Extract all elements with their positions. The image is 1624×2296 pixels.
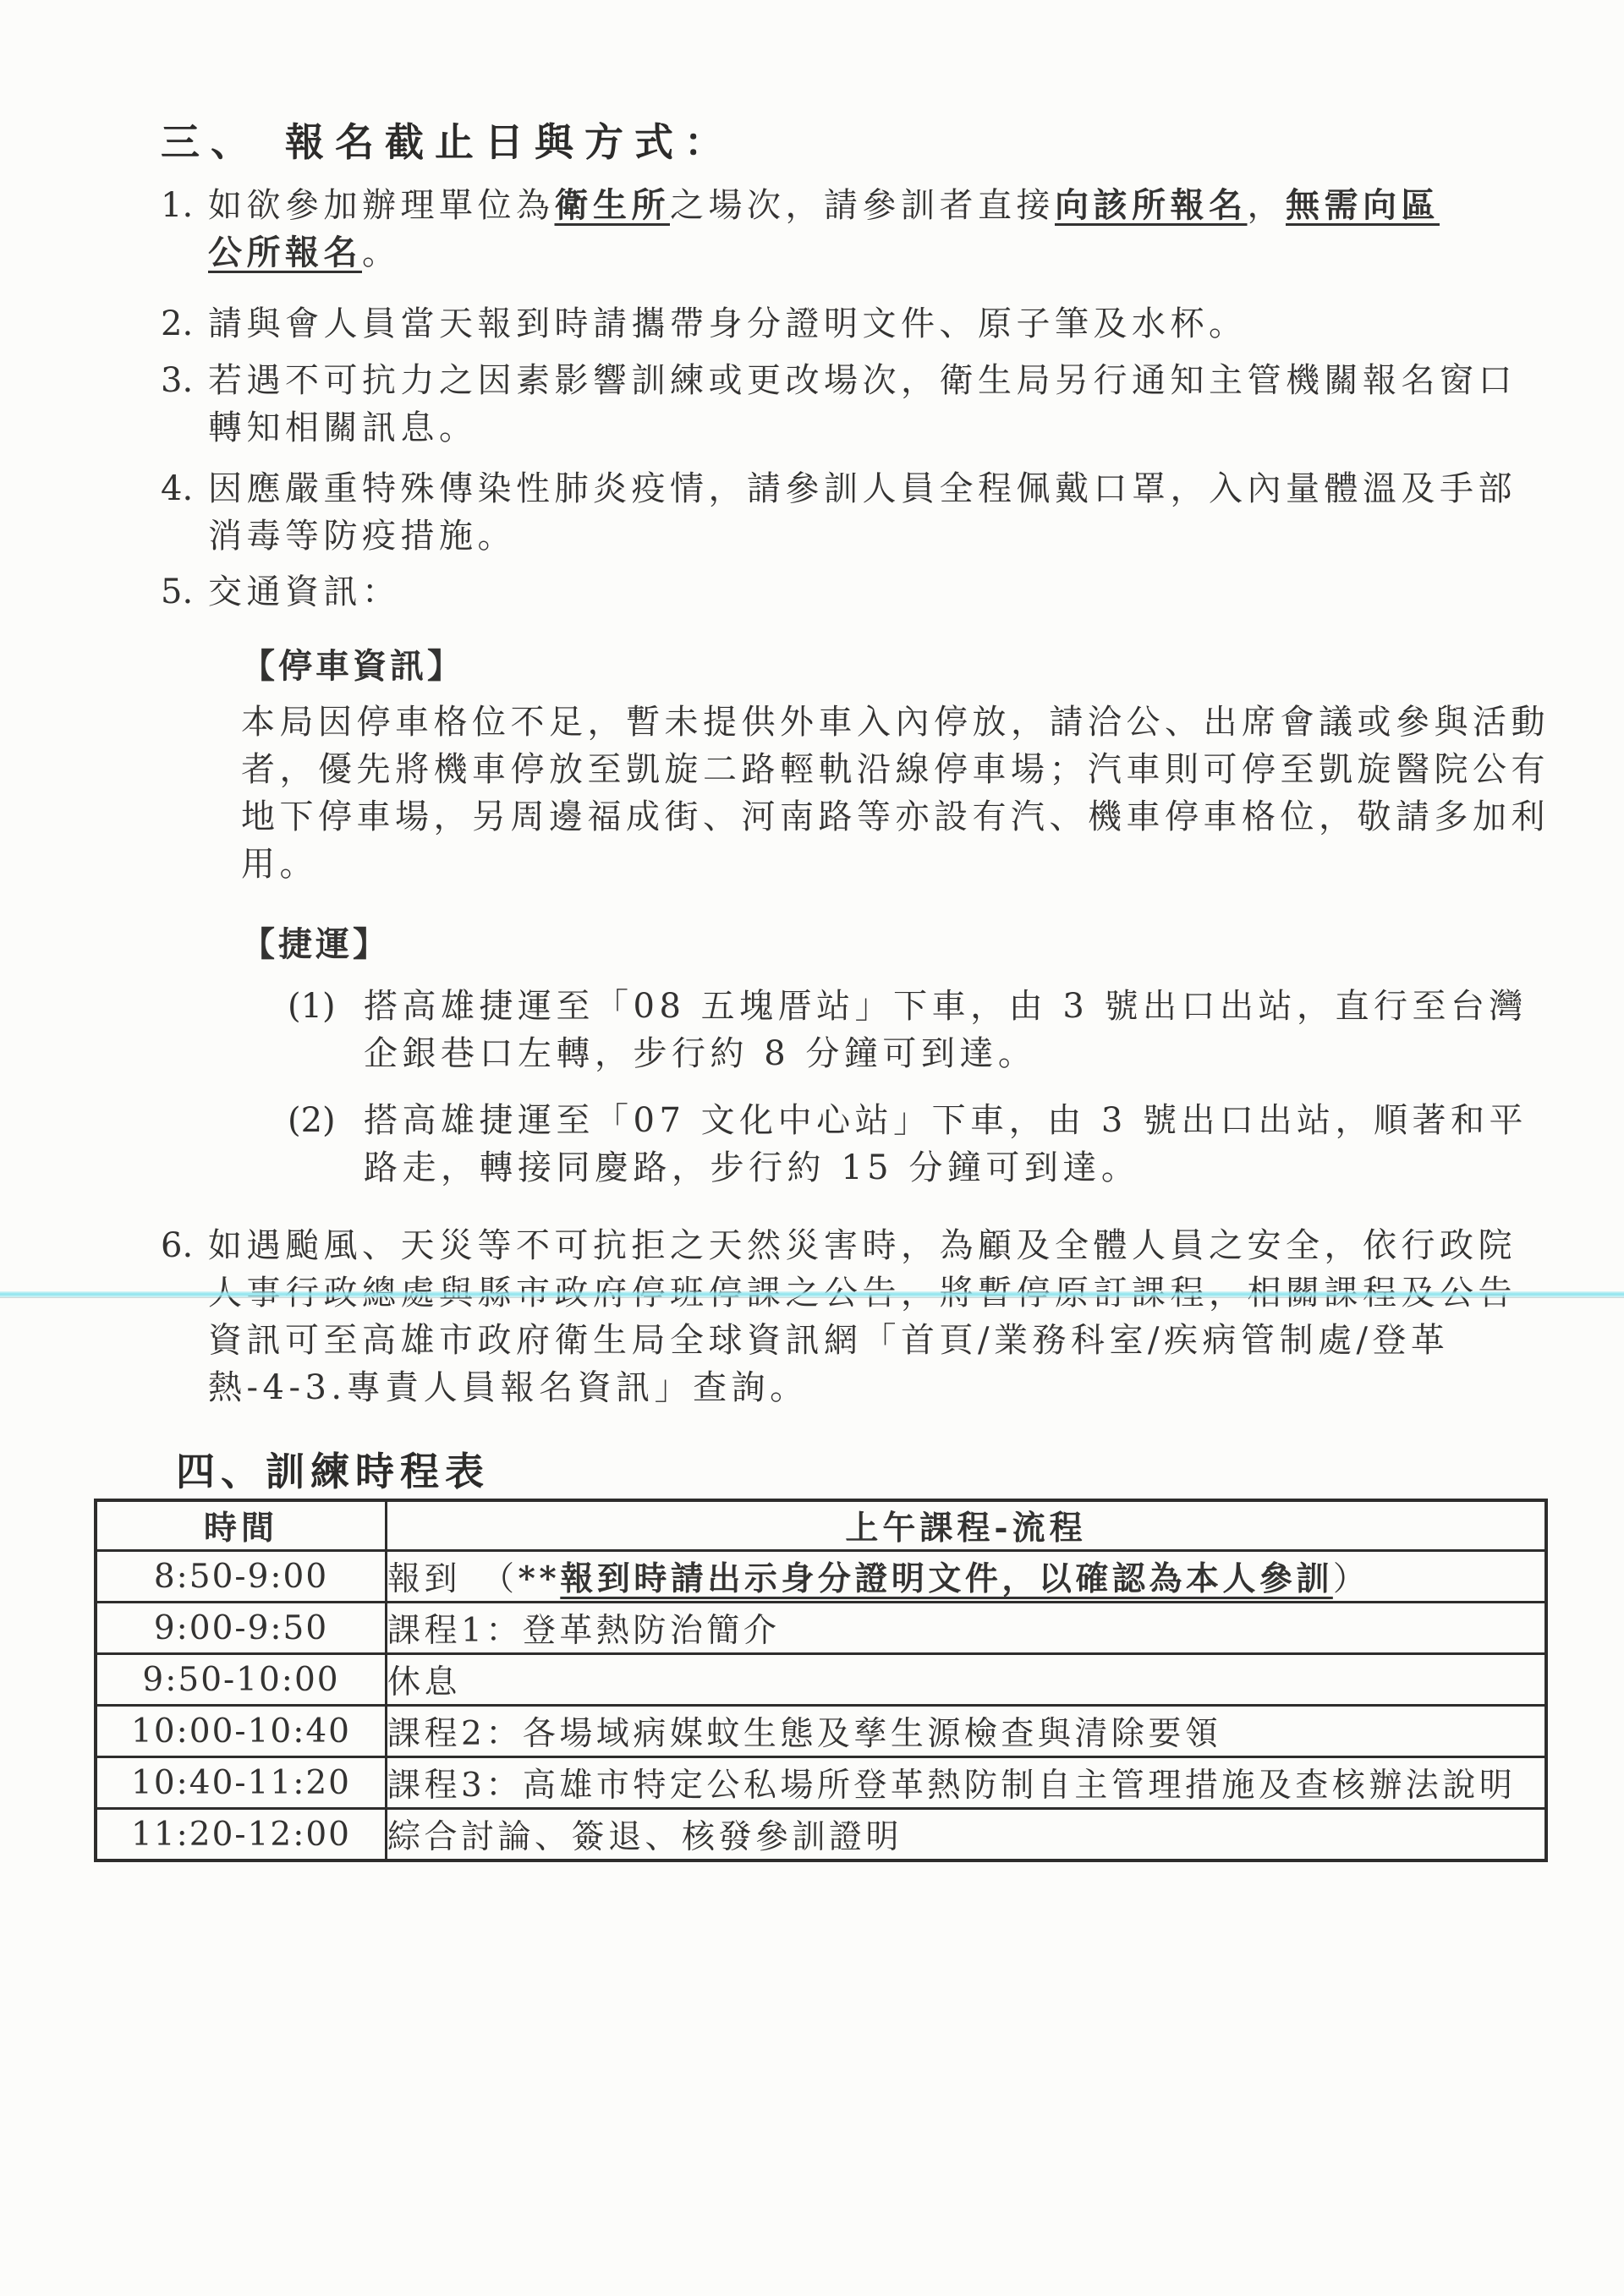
row-time: 9:00-9:50 [96,1603,387,1654]
table-row: 11:20-12:00 綜合討論、簽退、核發參訓證明 [96,1809,1546,1861]
list-item-2-text: 請與會人員當天報到時請攜帶身分證明文件、原子筆及水杯。 [208,300,1248,348]
list-item-5-text: 交通資訊： [208,568,401,616]
row-time: 11:20-12:00 [96,1809,387,1861]
list-item-5-number: 5. [161,568,208,616]
list-item-3-text: 若遇不可抗力之因素影響訓練或更改場次，衛生局另行通知主管機關報名窗口轉知相關訊息… [208,357,1523,452]
bold-underline-run: 報到時請出示身分證明文件，以確認為本人參訓 [560,1559,1333,1598]
section4-heading: 四、訓練時程表 [176,1448,1561,1495]
row-time: 9:50-10:00 [96,1654,387,1706]
row-course: 課程3：高雄市特定公私場所登革熱防制自主管理措施及查核辦法說明 [387,1757,1547,1809]
mrt-route-2-text: 搭高雄捷運至「07 文化中心站」下車，由 3 號出口出站，順著和平路走，轉接同慶… [364,1097,1561,1192]
text-run: 如欲參加辦理單位為 [208,186,555,225]
text-run: 。 [362,233,401,272]
text-run: ， [1248,186,1287,225]
list-item-1-number: 1. [161,182,208,277]
table-row: 10:00-10:40 課程2：各場域病媒蚊生態及孳生源檢查與清除要領 [96,1706,1546,1757]
text-run: 之場次，請參訓者直接 [670,186,1055,225]
bold-underline-run: 向該所報名 [1055,185,1248,225]
table-header-row: 時間 上午課程-流程 [96,1500,1546,1551]
section3-heading: 三、 報名截止日與方式： [161,118,1561,166]
row-time: 10:40-11:20 [96,1757,387,1809]
table-row: 10:40-11:20 課程3：高雄市特定公私場所登革熱防制自主管理措施及查核辦… [96,1757,1546,1809]
list-item-4-number: 4. [161,465,208,560]
row-course: 課程1：登革熱防治簡介 [387,1603,1547,1654]
list-item-6: 6. 如遇颱風、天災等不可抗拒之天然災害時，為顧及全體人員之安全，依行政院人事行… [161,1222,1561,1411]
table-row: 8:50-9:00 報到 （**報到時請出示身分證明文件，以確認為本人參訓） [96,1551,1546,1603]
scanned-document-page: 三、 報名截止日與方式： 1. 如欲參加辦理單位為衛生所之場次，請參訓者直接向該… [0,0,1624,1862]
column-header-time: 時間 [96,1500,387,1551]
mrt-route-1-number: (1) [288,983,364,1077]
list-item-6-text: 如遇颱風、天災等不可抗拒之天然災害時，為顧及全體人員之安全，依行政院人事行政總處… [208,1222,1523,1411]
list-item-2-number: 2. [161,300,208,348]
schedule-table: 時間 上午課程-流程 8:50-9:00 報到 （**報到時請出示身分證明文件，… [94,1499,1548,1862]
parking-info-paragraph: 本局因停車格位不足，暫未提供外車入內停放，請洽公、出席會議或參與活動者，優先將機… [241,699,1556,888]
list-item-6-number: 6. [161,1222,208,1411]
text-run: 報到 （ [387,1560,518,1598]
list-item-4-text: 因應嚴重特殊傳染性肺炎疫情，請參訓人員全程佩戴口罩，入內量體溫及手部消毒等防疫措… [208,465,1523,560]
scanner-artifact-line [0,1291,1624,1297]
row-time: 10:00-10:40 [96,1706,387,1757]
list-item-1-text: 如欲參加辦理單位為衛生所之場次，請參訓者直接向該所報名，無需向區公所報名。 [208,182,1445,277]
parking-info-label: 【停車資訊】 [241,643,1561,690]
row-course: 休息 [387,1654,1547,1706]
column-header-course: 上午課程-流程 [387,1500,1547,1551]
bold-run: ** [518,1559,561,1598]
mrt-route-2: (2) 搭高雄捷運至「07 文化中心站」下車，由 3 號出口出站，順著和平路走，… [288,1097,1561,1192]
table-row: 9:50-10:00 休息 [96,1654,1546,1706]
mrt-route-2-number: (2) [288,1097,364,1192]
list-item-4: 4. 因應嚴重特殊傳染性肺炎疫情，請參訓人員全程佩戴口罩，入內量體溫及手部消毒等… [161,465,1561,560]
mrt-route-1: (1) 搭高雄捷運至「08 五塊厝站」下車，由 3 號出口出站，直行至台灣企銀巷… [288,983,1561,1077]
mrt-label: 【捷運】 [241,921,1561,968]
row-course: 綜合討論、簽退、核發參訓證明 [387,1809,1547,1861]
list-item-2: 2. 請與會人員當天報到時請攜帶身分證明文件、原子筆及水杯。 [161,300,1561,348]
list-item-1: 1. 如欲參加辦理單位為衛生所之場次，請參訓者直接向該所報名，無需向區公所報名。 [161,182,1561,277]
row-time: 8:50-9:00 [96,1551,387,1603]
table-row: 9:00-9:50 課程1：登革熱防治簡介 [96,1603,1546,1654]
row-course: 課程2：各場域病媒蚊生態及孳生源檢查與清除要領 [387,1706,1547,1757]
bold-underline-run: 衛生所 [555,185,671,225]
list-item-5: 5. 交通資訊： [161,568,1561,616]
text-run: ） [1333,1560,1370,1598]
row-course: 報到 （**報到時請出示身分證明文件，以確認為本人參訓） [387,1551,1547,1603]
list-item-3: 3. 若遇不可抗力之因素影響訓練或更改場次，衛生局另行通知主管機關報名窗口轉知相… [161,357,1561,452]
mrt-route-1-text: 搭高雄捷運至「08 五塊厝站」下車，由 3 號出口出站，直行至台灣企銀巷口左轉，… [364,983,1561,1077]
list-item-3-number: 3. [161,357,208,452]
